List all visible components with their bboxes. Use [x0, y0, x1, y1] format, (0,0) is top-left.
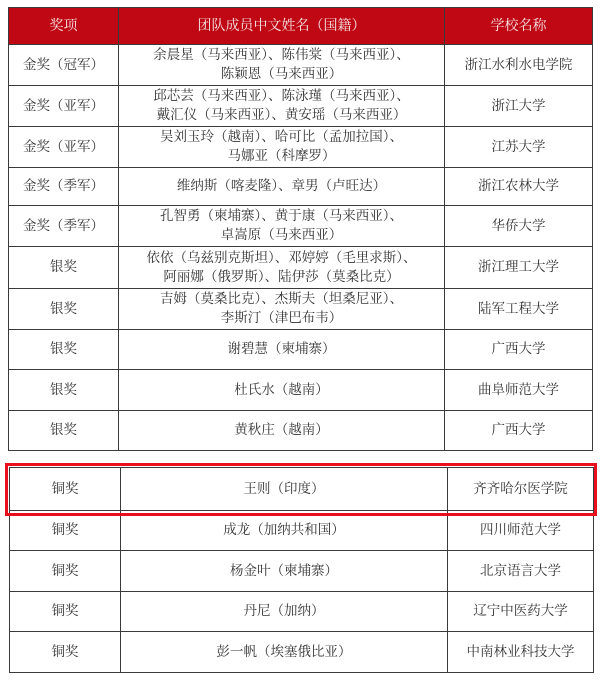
- awards-table-bottom: 铜奖王则（印度）齐齐哈尔医学院铜奖成龙（加纳共和国）四川师范大学铜奖杨金叶（柬埔…: [9, 467, 594, 673]
- school-cell: 辽宁中医药大学: [448, 592, 594, 632]
- member-line: 成龙（加纳共和国）: [125, 521, 443, 540]
- award-cell: 金奖（冠军）: [9, 45, 119, 86]
- member-line: 杜氏水（越南）: [123, 381, 440, 400]
- table-row: 金奖（亚军）吴刘玉玲（越南）、哈可比（孟加拉国）、马娜亚（科摩罗）江苏大学: [9, 127, 593, 168]
- table-row: 金奖（季军）维纳斯（喀麦隆）、章男（卢旺达）浙江农林大学: [9, 168, 593, 206]
- table-header-row: 奖项 团队成员中文姓名（国籍） 学校名称: [9, 8, 593, 45]
- award-cell: 银奖: [9, 370, 119, 411]
- member-line: 彭一帆（埃塞俄比亚）: [125, 643, 443, 662]
- member-line: 黄秋庄（越南）: [123, 421, 440, 440]
- school-cell: 中南林业科技大学: [448, 632, 594, 673]
- school-cell: 浙江大学: [445, 86, 593, 127]
- award-cell: 铜奖: [10, 511, 121, 551]
- award-cell: 金奖（亚军）: [9, 127, 119, 168]
- members-cell: 依依（乌兹别克斯坦）、邓婷婷（毛里求斯）、阿丽娜（俄罗斯）、陆伊莎（莫桑比克）: [119, 247, 445, 289]
- award-cell: 金奖（季军）: [9, 206, 119, 247]
- award-cell: 铜奖: [10, 551, 121, 592]
- awards-table-top: 奖项 团队成员中文姓名（国籍） 学校名称 金奖（冠军）余晨星（马来西亚）、陈伟棠…: [8, 7, 593, 451]
- award-cell: 铜奖: [10, 468, 121, 511]
- table-row: 金奖（季军）孔智勇（柬埔寨）、黄于康（马来西亚）、卓嵩原（马来西亚）华侨大学: [9, 206, 593, 247]
- table-gap: [0, 453, 600, 465]
- table-row: 铜奖丹尼（加纳）辽宁中医药大学: [10, 592, 594, 632]
- award-cell: 铜奖: [10, 632, 121, 673]
- school-cell: 广西大学: [445, 330, 593, 370]
- member-line: 谢碧慧（柬埔寨）: [123, 340, 440, 359]
- members-cell: 维纳斯（喀麦隆）、章男（卢旺达）: [119, 168, 445, 206]
- member-line: 维纳斯（喀麦隆）、章男（卢旺达）: [123, 177, 440, 196]
- member-line: 卓嵩原（马来西亚）: [123, 226, 440, 245]
- member-line: 余晨星（马来西亚）、陈伟棠（马来西亚）、: [123, 46, 440, 65]
- members-cell: 彭一帆（埃塞俄比亚）: [121, 632, 448, 673]
- table-row: 银奖黄秋庄（越南）广西大学: [9, 411, 593, 451]
- table-row: 铜奖杨金叶（柬埔寨）北京语言大学: [10, 551, 594, 592]
- member-line: 马娜亚（科摩罗）: [123, 147, 440, 166]
- header-school: 学校名称: [445, 8, 593, 45]
- school-cell: 浙江理工大学: [445, 247, 593, 289]
- award-cell: 金奖（亚军）: [9, 86, 119, 127]
- header-award: 奖项: [9, 8, 119, 45]
- members-cell: 黄秋庄（越南）: [119, 411, 445, 451]
- school-cell: 齐齐哈尔医学院: [448, 468, 594, 511]
- member-line: 丹尼（加纳）: [125, 602, 443, 621]
- school-cell: 华侨大学: [445, 206, 593, 247]
- table-row: 银奖依依（乌兹别克斯坦）、邓婷婷（毛里求斯）、阿丽娜（俄罗斯）、陆伊莎（莫桑比克…: [9, 247, 593, 289]
- school-cell: 广西大学: [445, 411, 593, 451]
- school-cell: 江苏大学: [445, 127, 593, 168]
- award-cell: 银奖: [9, 289, 119, 330]
- members-cell: 王则（印度）: [121, 468, 448, 511]
- members-cell: 丹尼（加纳）: [121, 592, 448, 632]
- table-row: 银奖谢碧慧（柬埔寨）广西大学: [9, 330, 593, 370]
- members-cell: 吉姆（莫桑比克）、杰斯夫（坦桑尼亚）、李斯汀（津巴布韦）: [119, 289, 445, 330]
- school-cell: 北京语言大学: [448, 551, 594, 592]
- award-cell: 金奖（季军）: [9, 168, 119, 206]
- member-line: 孔智勇（柬埔寨）、黄于康（马来西亚）、: [123, 207, 440, 226]
- member-line: 王则（印度）: [125, 480, 443, 499]
- members-cell: 孔智勇（柬埔寨）、黄于康（马来西亚）、卓嵩原（马来西亚）: [119, 206, 445, 247]
- table-row-highlighted: 铜奖王则（印度）齐齐哈尔医学院: [10, 468, 594, 511]
- award-cell: 银奖: [9, 411, 119, 451]
- award-cell: 银奖: [9, 330, 119, 370]
- members-cell: 余晨星（马来西亚）、陈伟棠（马来西亚）、陈颖恩（马来西亚）: [119, 45, 445, 86]
- school-cell: 浙江水利水电学院: [445, 45, 593, 86]
- school-cell: 浙江农林大学: [445, 168, 593, 206]
- header-members: 团队成员中文姓名（国籍）: [119, 8, 445, 45]
- school-cell: 曲阜师范大学: [445, 370, 593, 411]
- award-cell: 银奖: [9, 247, 119, 289]
- member-line: 陈颖恩（马来西亚）: [123, 65, 440, 84]
- members-cell: 吴刘玉玲（越南）、哈可比（孟加拉国）、马娜亚（科摩罗）: [119, 127, 445, 168]
- members-cell: 杜氏水（越南）: [119, 370, 445, 411]
- members-cell: 杨金叶（柬埔寨）: [121, 551, 448, 592]
- school-cell: 陆军工程大学: [445, 289, 593, 330]
- member-line: 戴汇仪（马来西亚）、黄安瑶（马来西亚）: [123, 106, 440, 125]
- member-line: 阿丽娜（俄罗斯）、陆伊莎（莫桑比克）: [123, 268, 440, 287]
- table-row: 银奖杜氏水（越南）曲阜师范大学: [9, 370, 593, 411]
- member-line: 吉姆（莫桑比克）、杰斯夫（坦桑尼亚）、: [123, 290, 440, 309]
- school-cell: 四川师范大学: [448, 511, 594, 551]
- member-line: 依依（乌兹别克斯坦）、邓婷婷（毛里求斯）、: [123, 249, 440, 268]
- table-row: 银奖吉姆（莫桑比克）、杰斯夫（坦桑尼亚）、李斯汀（津巴布韦）陆军工程大学: [9, 289, 593, 330]
- table-row: 金奖（冠军）余晨星（马来西亚）、陈伟棠（马来西亚）、陈颖恩（马来西亚）浙江水利水…: [9, 45, 593, 86]
- members-cell: 谢碧慧（柬埔寨）: [119, 330, 445, 370]
- member-line: 吴刘玉玲（越南）、哈可比（孟加拉国）、: [123, 128, 440, 147]
- table-row: 金奖（亚军）邱芯芸（马来西亚）、陈泳瑾（马来西亚）、戴汇仪（马来西亚）、黄安瑶（…: [9, 86, 593, 127]
- members-cell: 成龙（加纳共和国）: [121, 511, 448, 551]
- member-line: 杨金叶（柬埔寨）: [125, 562, 443, 581]
- member-line: 邱芯芸（马来西亚）、陈泳瑾（马来西亚）、: [123, 87, 440, 106]
- members-cell: 邱芯芸（马来西亚）、陈泳瑾（马来西亚）、戴汇仪（马来西亚）、黄安瑶（马来西亚）: [119, 86, 445, 127]
- award-cell: 铜奖: [10, 592, 121, 632]
- member-line: 李斯汀（津巴布韦）: [123, 309, 440, 328]
- table-row: 铜奖彭一帆（埃塞俄比亚）中南林业科技大学: [10, 632, 594, 673]
- table-row: 铜奖成龙（加纳共和国）四川师范大学: [10, 511, 594, 551]
